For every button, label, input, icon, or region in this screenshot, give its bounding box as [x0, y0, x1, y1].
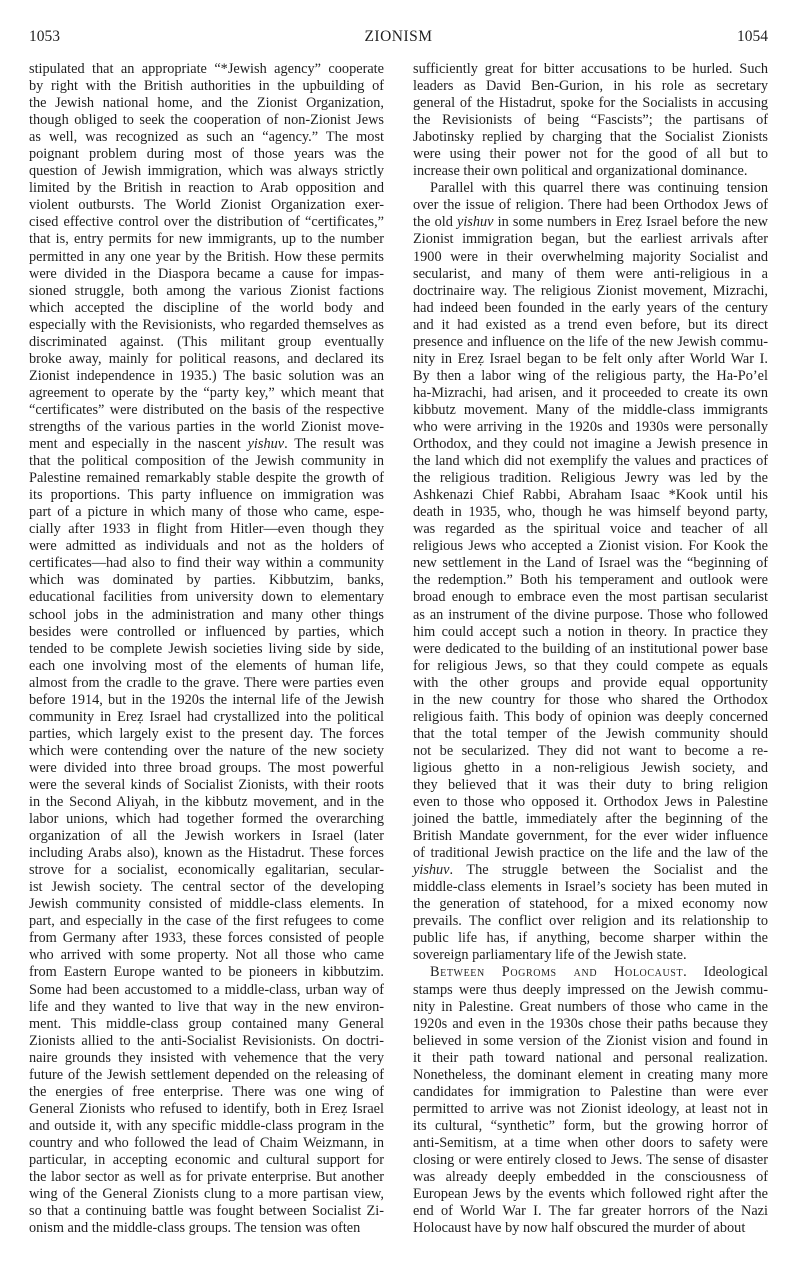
- text-line: onism and the middle-class groups. The t…: [29, 1220, 384, 1237]
- text-line: permitted in any one year by the British…: [29, 249, 384, 266]
- text-line: question of Jewish immigration, which wa…: [29, 163, 384, 180]
- text-line: organization of all the Jewish workers i…: [29, 828, 384, 845]
- text-line: who arrived with some property. Not all …: [29, 947, 384, 964]
- text-line: educational facilities from university d…: [29, 589, 384, 606]
- text-line: though obliged to seek the cooperation o…: [29, 112, 384, 129]
- text-fragment: . The struggle between the Socialist and…: [450, 862, 768, 878]
- text-line: stipulated that an appropriate “*Jewish …: [29, 61, 384, 78]
- text-line: the Revisionists of being “Fascists”; th…: [413, 112, 768, 129]
- text-line: anti-Semitism, at a time when other door…: [413, 1135, 768, 1152]
- text-line: presence and influence on the life of th…: [413, 334, 768, 351]
- text-line: each one involving most of the elements …: [29, 658, 384, 675]
- text-line: tended to be complete Jewish societies l…: [29, 641, 384, 658]
- right-column: sufficiently great for bitter accusation…: [413, 61, 768, 1237]
- text-line: part of a picture in which many of those…: [29, 504, 384, 521]
- text-fragment: ment and especially in the nascent: [29, 436, 248, 452]
- text-fragment: Ideological: [687, 964, 768, 980]
- text-line: ment. This middle-class group contained …: [29, 1016, 384, 1033]
- text-line: which were contending over the nature of…: [29, 743, 384, 760]
- text-line: doctrinaire way. The religious Zionist m…: [413, 283, 768, 300]
- text-fragment: in some numbers in Ereẓ Israel before th…: [494, 214, 768, 230]
- text-line: naire grounds they insisted with vehemen…: [29, 1050, 384, 1067]
- running-title: ZIONISM: [29, 27, 768, 47]
- text-line: cised effective control over the distrib…: [29, 214, 384, 231]
- text-line: British Mandate government, for the ever…: [413, 828, 768, 845]
- text-line: religious Jews who accepted a Zionist vi…: [413, 538, 768, 555]
- text-line: for religious Jews, so that they could c…: [413, 658, 768, 675]
- text-line: labor unions, which had together formed …: [29, 811, 384, 828]
- text-line: broad enough to embrace even the most pa…: [413, 589, 768, 606]
- text-line: and it had existed as a trend even befor…: [413, 317, 768, 334]
- text-line: poignant problem during most of those ye…: [29, 146, 384, 163]
- text-line: before 1914, but in the 1920s the intern…: [29, 692, 384, 709]
- text-line: parties, which largely exist to the pres…: [29, 726, 384, 743]
- text-line: part, and especially in the case of the …: [29, 913, 384, 930]
- text-line: agreement to operate by the “party key,”…: [29, 385, 384, 402]
- text-line: Jewish community consisted of middle-cla…: [29, 896, 384, 913]
- text-line: limited by the British in reaction to Ar…: [29, 180, 384, 197]
- text-line: over the issue of religion. There had be…: [413, 197, 768, 214]
- text-line: Holocaust have by now half obscured the …: [413, 1220, 768, 1237]
- text-line: by right with the British authorities in…: [29, 78, 384, 95]
- italic-term: yishuv: [248, 436, 285, 452]
- text-line: European Jews by the events which follow…: [413, 1186, 768, 1203]
- text-line: particular, in accepting economic and cu…: [29, 1152, 384, 1169]
- text-line: middle-class elements in Israel’s societ…: [413, 879, 768, 896]
- running-head: 1053 ZIONISM 1054: [29, 27, 768, 47]
- text-line: prevails. The conflict over religion and…: [413, 913, 768, 930]
- text-line: By then a labor wing of the religious pa…: [413, 368, 768, 385]
- text-line: ligious ghetto in a non-religious Jewish…: [413, 760, 768, 777]
- text-line: sufficiently great for bitter accusation…: [413, 61, 768, 78]
- text-line: were the several kinds of Socialist Zion…: [29, 777, 384, 794]
- text-line: from Eastern Europe wanted to be pioneer…: [29, 964, 384, 981]
- text-line: life and they wanted to live that way in…: [29, 999, 384, 1016]
- text-line: Parallel with this quarrel there was con…: [413, 180, 768, 197]
- text-line: religious faith. This body of opinion wa…: [413, 709, 768, 726]
- text-line: increase their own political and organiz…: [413, 163, 768, 180]
- text-line: believed in some version of the Zionist …: [413, 1033, 768, 1050]
- text-line: the labor sector as well as for private …: [29, 1169, 384, 1186]
- text-line: was already deeply embedded in the consc…: [413, 1169, 768, 1186]
- text-line: which was dominated by parties. Kibbutzi…: [29, 572, 384, 589]
- text-line: permitted to arrive was not Zionist ideo…: [413, 1101, 768, 1118]
- text-line: General Zionists who refused to identify…: [29, 1101, 384, 1118]
- text-line: discriminated against. (This militant gr…: [29, 334, 384, 351]
- section-heading: Between Pogroms and Holocaust.: [430, 964, 687, 980]
- text-line: as an instrument of the divine purpose. …: [413, 607, 768, 624]
- text-line: so that a continuing battle was fought b…: [29, 1203, 384, 1220]
- text-line: not be secularized. They did not want to…: [413, 743, 768, 760]
- text-line: nity in Ereẓ Israel began to be felt onl…: [413, 351, 768, 368]
- text-line: nity in Palestine. Great numbers of thos…: [413, 999, 768, 1016]
- text-line: even to those who opposed it. Orthodox J…: [413, 794, 768, 811]
- text-line: had indeed been founded in the early yea…: [413, 300, 768, 317]
- text-line: they believed that it was their duty to …: [413, 777, 768, 794]
- text-line: in the new country for those who shared …: [413, 692, 768, 709]
- text-line: Between Pogroms and Holocaust. Ideologic…: [413, 964, 768, 981]
- text-line: broke away, mainly for political reasons…: [29, 351, 384, 368]
- text-line: kibbutz movement. Many of the middle-cla…: [413, 402, 768, 419]
- text-line: sovereign parliamentary life of the Jewi…: [413, 947, 768, 964]
- text-line: were admitted as individuals and not as …: [29, 538, 384, 555]
- text-line: who were arriving in the 1920s and 1930s…: [413, 419, 768, 436]
- text-line: especially with the Revisionists, who re…: [29, 317, 384, 334]
- text-line: Ashkenazi Chief Rabbi, Abraham Isaac *Ko…: [413, 487, 768, 504]
- text-line: candidates for immigration to Palestine …: [413, 1084, 768, 1101]
- text-line: school jobs in the administration and ma…: [29, 607, 384, 624]
- text-line: joined the battle, immediately after the…: [413, 811, 768, 828]
- text-line: besides were controlled or influenced by…: [29, 624, 384, 641]
- text-line: Some had been accustomed to a middle-cla…: [29, 982, 384, 999]
- text-line: the land which did not exemplify the val…: [413, 453, 768, 470]
- text-line: that the total temper of the Jewish comm…: [413, 726, 768, 743]
- text-line: with the other groups and provide equal …: [413, 675, 768, 692]
- text-line: stamps were thus deeply impressed on the…: [413, 982, 768, 999]
- text-line: “certificates” were distributed on the b…: [29, 402, 384, 419]
- text-line: Palestine remained remarkably stable des…: [29, 470, 384, 487]
- text-line: were using their power not for the good …: [413, 146, 768, 163]
- text-line: yishuv. The struggle between the Sociali…: [413, 862, 768, 879]
- text-line: ha-Mizrachi, had arisen, and it proceede…: [413, 385, 768, 402]
- text-line: community in Ereẓ Israel had crystallize…: [29, 709, 384, 726]
- text-line: him could accept such a notion in theory…: [413, 624, 768, 641]
- text-line: including Arabs also), known as the Hist…: [29, 845, 384, 862]
- text-line: and outside it, with any specific middle…: [29, 1118, 384, 1135]
- text-line: that the political composition of the Je…: [29, 453, 384, 470]
- italic-term: yishuv: [457, 214, 494, 230]
- text-line: in the Second Aliyah, in the kibbutz mov…: [29, 794, 384, 811]
- text-line: the religious tradition. Religious Jewry…: [413, 470, 768, 487]
- text-line: almost from the cradle to the grave. The…: [29, 675, 384, 692]
- text-line: ist Jewish society. The central sector o…: [29, 879, 384, 896]
- text-line: wing of the General Zionists clung to a …: [29, 1186, 384, 1203]
- text-fragment: the old: [413, 214, 457, 230]
- text-line: as well, was recognized as such an “agen…: [29, 129, 384, 146]
- text-line: death in 1935, who, though he was himsel…: [413, 504, 768, 521]
- text-line: Jabotinsky replied by charging that the …: [413, 129, 768, 146]
- text-line: violent outbursts. The World Zionist Org…: [29, 197, 384, 214]
- left-column: stipulated that an appropriate “*Jewish …: [29, 61, 384, 1237]
- text-line: its cultural, “synthetic” form, but the …: [413, 1118, 768, 1135]
- text-line: new settlement in the Land of Israel was…: [413, 555, 768, 572]
- text-line: closing or were entirely closed to Jews.…: [413, 1152, 768, 1169]
- text-line: Zionists allied to the anti-Socialist Re…: [29, 1033, 384, 1050]
- italic-term: yishuv: [413, 862, 450, 878]
- text-line: sioned struggle, both among the various …: [29, 283, 384, 300]
- text-line: which accepted the discipline of the wor…: [29, 300, 384, 317]
- text-line: country and who followed the lead of Cha…: [29, 1135, 384, 1152]
- text-line: the generation of statehood, for a mixed…: [413, 896, 768, 913]
- page-number-right: 1054: [737, 27, 768, 47]
- text-fragment: . The result was: [284, 436, 384, 452]
- text-line: future of the Jewish settlement depended…: [29, 1067, 384, 1084]
- text-line: were divided into three broad groups. Th…: [29, 760, 384, 777]
- text-line: public life has, if anything, become sha…: [413, 930, 768, 947]
- text-line: the redemption.” Both his temperament an…: [413, 572, 768, 589]
- text-line: its proportions. This party influence on…: [29, 487, 384, 504]
- text-line: the old yishuv in some numbers in Ereẓ I…: [413, 214, 768, 231]
- text-line: certificates—had also to find their way …: [29, 555, 384, 572]
- text-line: the Jewish national home, and the Zionis…: [29, 95, 384, 112]
- text-line: it their path toward national and person…: [413, 1050, 768, 1067]
- text-line: leaders as David Ben-Gurion, in his role…: [413, 78, 768, 95]
- text-line: secularist, and many of them were anti-r…: [413, 266, 768, 283]
- text-line: from Germany after 1933, these forces co…: [29, 930, 384, 947]
- text-line: the energies of free enterprise. There w…: [29, 1084, 384, 1101]
- text-line: Zionist independence in 1935.) The basic…: [29, 368, 384, 385]
- text-line: general of the Histadrut, spoke for the …: [413, 95, 768, 112]
- text-line: Zionist immigration began, but the earli…: [413, 231, 768, 248]
- text-line: cially after 1933 in flight from Hitler—…: [29, 521, 384, 538]
- text-line: was regarded as the spiritual voice and …: [413, 521, 768, 538]
- text-line: of traditional Jewish practice on the li…: [413, 845, 768, 862]
- text-line: Orthodox, and they could not imagine a J…: [413, 436, 768, 453]
- text-line: 1920s and even in the 1930s chose their …: [413, 1016, 768, 1033]
- text-line: end of World War I. The far greater horr…: [413, 1203, 768, 1220]
- text-line: ment and especially in the nascent yishu…: [29, 436, 384, 453]
- text-line: strengths of the various parties in the …: [29, 419, 384, 436]
- text-line: that is, entry permits for new immigrant…: [29, 231, 384, 248]
- text-line: strove for a socialist, economically ega…: [29, 862, 384, 879]
- text-line: Nonetheless, the dominant element in cre…: [413, 1067, 768, 1084]
- text-line: 1900 were in their overwhelming majority…: [413, 249, 768, 266]
- text-line: were dedicated to the building of an ins…: [413, 641, 768, 658]
- text-line: were divided in the Diaspora became a ca…: [29, 266, 384, 283]
